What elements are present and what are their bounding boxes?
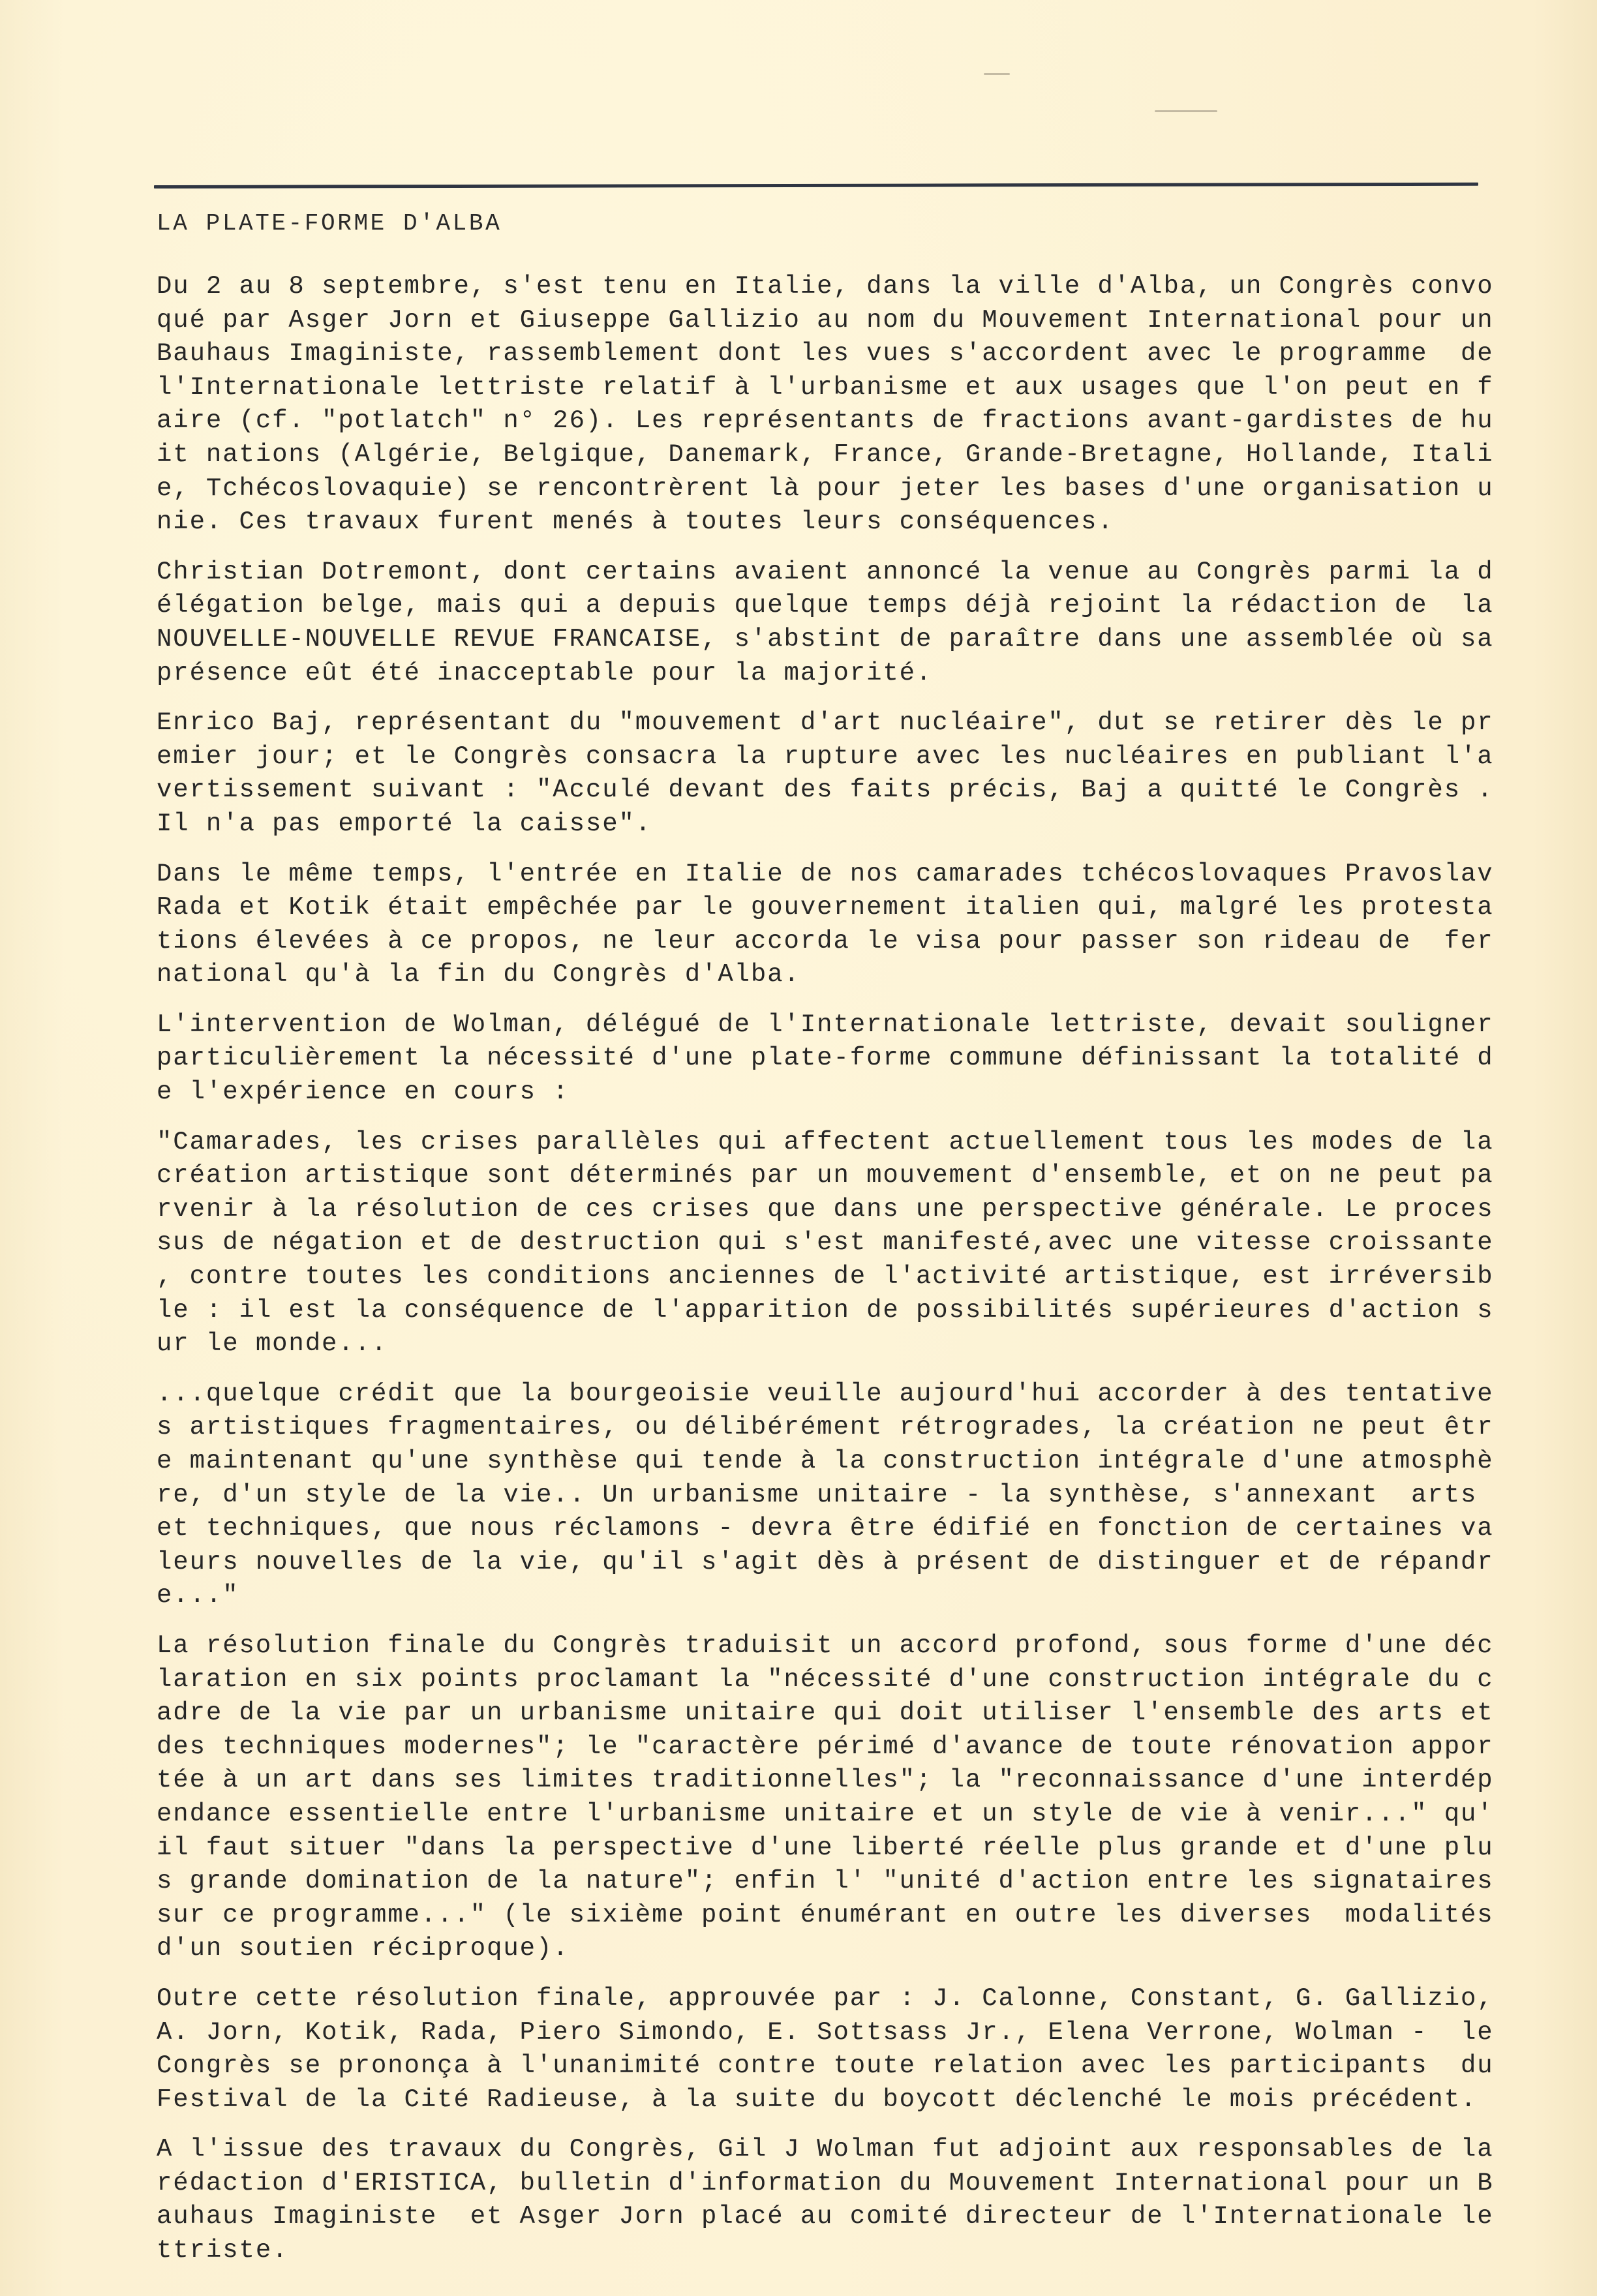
- text-line: Enrico Baj, représentant du "mouvement d…: [157, 706, 1487, 740]
- text-line: qué par Asger Jorn et Giuseppe Gallizio …: [157, 304, 1487, 338]
- text-line: Dans le même temps, l'entrée en Italie d…: [157, 858, 1487, 892]
- ink-smudge: [984, 73, 1010, 75]
- text-line: Congrès se prononça à l'unanimité contre…: [157, 2049, 1487, 2083]
- text-line: La résolution finale du Congrès traduisi…: [157, 1629, 1487, 1663]
- text-line: Christian Dotremont, dont certains avaie…: [157, 556, 1487, 590]
- text-line: l'Internationale lettriste relatif à l'u…: [157, 371, 1487, 405]
- text-line: L'intervention de Wolman, délégué de l'I…: [157, 1008, 1487, 1042]
- text-line: le : il est la conséquence de l'appariti…: [157, 1294, 1487, 1328]
- text-line: adre de la vie par un urbanisme unitaire…: [157, 1697, 1487, 1730]
- text-line: A l'issue des travaux du Congrès, Gil J …: [157, 2133, 1487, 2167]
- text-line: Bauhaus Imaginiste, rassemblement dont l…: [157, 337, 1487, 371]
- text-line: re, d'un style de la vie.. Un urbanisme …: [157, 1479, 1487, 1513]
- paper-page: LA PLATE-FORME D'ALBA Du 2 au 8 septembr…: [0, 0, 1597, 2296]
- article-title: LA PLATE-FORME D'ALBA: [157, 210, 502, 237]
- text-line: auhaus Imaginiste et Asger Jorn placé au…: [157, 2200, 1487, 2234]
- text-line: ...quelque crédit que la bourgeoisie veu…: [157, 1378, 1487, 1412]
- text-line: "Camarades, les crises parallèles qui af…: [157, 1126, 1487, 1160]
- text-line: il faut situer "dans la perspective d'un…: [157, 1832, 1487, 1865]
- text-line: Il n'a pas emporté la caisse".: [157, 808, 1487, 841]
- text-line: , contre toutes les conditions anciennes…: [157, 1260, 1487, 1294]
- text-line: A. Jorn, Kotik, Rada, Piero Simondo, E. …: [157, 2016, 1487, 2050]
- text-line: nie. Ces travaux furent menés à toutes l…: [157, 506, 1487, 539]
- text-line: Du 2 au 8 septembre, s'est tenu en Itali…: [157, 270, 1487, 304]
- paragraph: Outre cette résolution finale, approuvée…: [157, 1982, 1487, 2117]
- text-line: ttriste.: [157, 2234, 1487, 2268]
- text-line: leurs nouvelles de la vie, qu'il s'agit …: [157, 1546, 1487, 1580]
- text-line: tée à un art dans ses limites traditionn…: [157, 1764, 1487, 1798]
- text-line: sur ce programme..." (le sixième point é…: [157, 1899, 1487, 1933]
- paragraph: ...quelque crédit que la bourgeoisie veu…: [157, 1378, 1487, 1613]
- text-line: tions élevées à ce propos, ne leur accor…: [157, 925, 1487, 959]
- paragraph: La résolution finale du Congrès traduisi…: [157, 1629, 1487, 1966]
- text-line: it nations (Algérie, Belgique, Danemark,…: [157, 438, 1487, 472]
- text-line: des techniques modernes"; le "caractère …: [157, 1730, 1487, 1764]
- text-line: Festival de la Cité Radieuse, à la suite…: [157, 2083, 1487, 2117]
- text-line: emier jour; et le Congrès consacra la ru…: [157, 740, 1487, 774]
- paragraph: Enrico Baj, représentant du "mouvement d…: [157, 706, 1487, 841]
- paragraph: Dans le même temps, l'entrée en Italie d…: [157, 858, 1487, 992]
- text-line: endance essentielle entre l'urbanisme un…: [157, 1798, 1487, 1832]
- text-line: Outre cette résolution finale, approuvée…: [157, 1982, 1487, 2016]
- text-line: aire (cf. "potlatch" n° 26). Les représe…: [157, 404, 1487, 438]
- text-line: et techniques, que nous réclamons - devr…: [157, 1512, 1487, 1546]
- text-line: s grande domination de la nature"; enfin…: [157, 1865, 1487, 1899]
- paragraph: "Camarades, les crises parallèles qui af…: [157, 1126, 1487, 1361]
- text-line: ur le monde...: [157, 1327, 1487, 1361]
- paragraph: L'intervention de Wolman, délégué de l'I…: [157, 1008, 1487, 1110]
- paragraph: Christian Dotremont, dont certains avaie…: [157, 556, 1487, 690]
- header-rule: [154, 183, 1478, 189]
- text-line: particulièrement la nécessité d'une plat…: [157, 1042, 1487, 1076]
- text-line: laration en six points proclamant la "né…: [157, 1663, 1487, 1697]
- text-line: e...": [157, 1579, 1487, 1613]
- text-line: création artistique sont déterminés par …: [157, 1159, 1487, 1193]
- paragraph: Du 2 au 8 septembre, s'est tenu en Itali…: [157, 270, 1487, 539]
- text-line: e maintenant qu'une synthèse qui tende à…: [157, 1445, 1487, 1479]
- text-line: rvenir à la résolution de ces crises que…: [157, 1193, 1487, 1227]
- text-line: vertissement suivant : "Acculé devant de…: [157, 774, 1487, 808]
- text-line: e, Tchécoslovaquie) se rencontrèrent là …: [157, 472, 1487, 506]
- text-line: sus de négation et de destruction qui s'…: [157, 1226, 1487, 1260]
- text-line: s artistiques fragmentaires, ou délibéré…: [157, 1411, 1487, 1445]
- paragraph: A l'issue des travaux du Congrès, Gil J …: [157, 2133, 1487, 2267]
- text-line: présence eût été inacceptable pour la ma…: [157, 657, 1487, 691]
- ink-smudge: [1155, 110, 1217, 112]
- text-line: rédaction d'ERISTICA, bulletin d'informa…: [157, 2167, 1487, 2201]
- text-line: d'un soutien réciproque).: [157, 1932, 1487, 1966]
- text-line: NOUVELLE-NOUVELLE REVUE FRANCAISE, s'abs…: [157, 623, 1487, 657]
- text-line: Rada et Kotik était empêchée par le gouv…: [157, 891, 1487, 925]
- article-body: Du 2 au 8 septembre, s'est tenu en Itali…: [157, 270, 1487, 2284]
- text-line: e l'expérience en cours :: [157, 1076, 1487, 1110]
- text-line: national qu'à la fin du Congrès d'Alba.: [157, 958, 1487, 992]
- text-line: élégation belge, mais qui a depuis quelq…: [157, 589, 1487, 623]
